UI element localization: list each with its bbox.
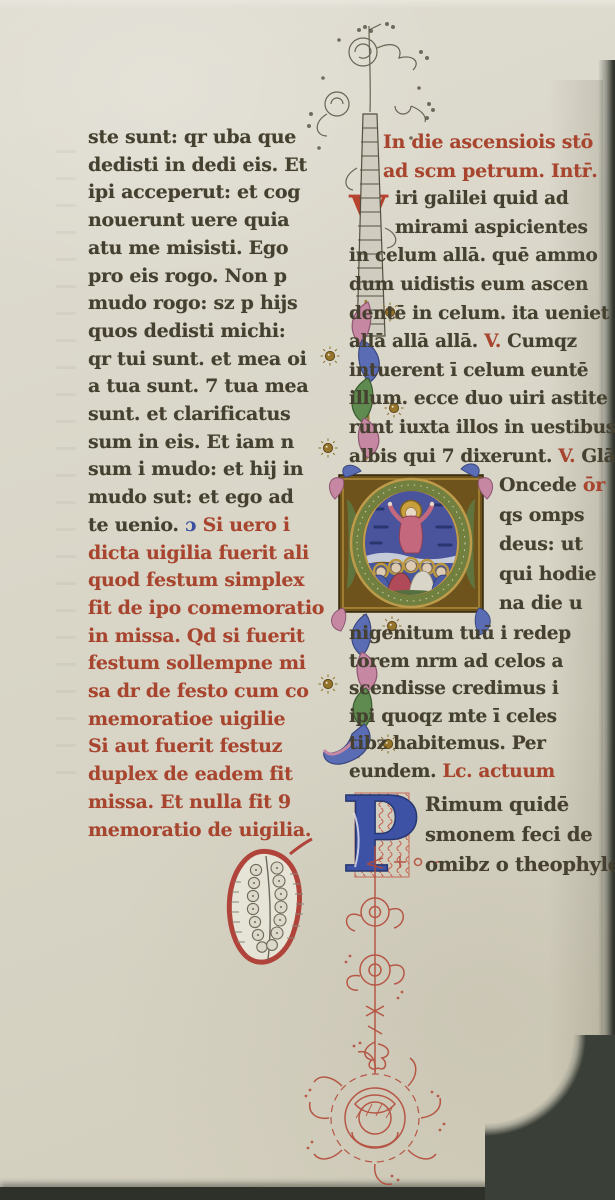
text-line: tibz habitemus. Per bbox=[349, 730, 611, 758]
text-line: dedisti in dedi eis. Et bbox=[88, 152, 338, 180]
text-segment: qr tui sunt. et mea oi bbox=[88, 348, 307, 370]
text-segment: ɔ bbox=[179, 514, 203, 536]
rubric-lines: In die ascensiois stōad scm petrum. Intr… bbox=[349, 128, 611, 185]
text-line: mudo rogo: sz p hijs bbox=[88, 290, 338, 318]
introit-lines: iri galilei quid admirami aspicientes bbox=[395, 185, 588, 242]
text-line: scendisse credimus i bbox=[349, 675, 611, 703]
text-segment: pro eis rogo. Non p bbox=[88, 265, 287, 287]
text-segment: memoratioe uigilie bbox=[88, 708, 285, 730]
text-line: in missa. Qd si fuerit bbox=[88, 623, 338, 651]
text-segment: ipi acceperut: et cog bbox=[88, 181, 300, 203]
text-segment: intuerent ī celum euntē bbox=[349, 360, 588, 381]
text-line: ste sunt: qr uba que bbox=[88, 124, 338, 152]
text-segment: Lc. actuum bbox=[442, 761, 554, 782]
page-top-edge bbox=[0, 0, 615, 9]
text-segment: sum i mudo: et hij in bbox=[88, 458, 303, 480]
text-segment: nouerunt uere quia bbox=[88, 209, 289, 231]
text-segment: qs omps bbox=[499, 504, 584, 526]
red-penwork-flourish-icon bbox=[282, 846, 467, 1186]
text-segment: torem nrm ad celos a bbox=[349, 651, 563, 672]
text-segment: ipi quoqz mte ī celes bbox=[349, 706, 557, 727]
text-segment: na die u bbox=[499, 592, 582, 614]
text-line: Oncede ōr bbox=[499, 471, 605, 501]
margin-specks bbox=[56, 150, 76, 790]
text-line: illum. ecce duo uiri astite bbox=[349, 385, 611, 414]
text-segment: fit de ipo comemoratio bbox=[88, 597, 324, 619]
text-segment: Si aut fuerit festuz bbox=[88, 735, 282, 757]
text-segment: Cumqz bbox=[507, 331, 577, 352]
text-segment: mudo rogo: sz p hijs bbox=[88, 292, 297, 314]
text-segment: sunt. et clarificatus bbox=[88, 403, 290, 425]
text-segment: sum in eis. Et iam n bbox=[88, 431, 294, 453]
lection-lines: Rimum quidēsmonem feci deomibz o theophy… bbox=[421, 785, 615, 885]
text-line: Rimum quidē bbox=[425, 790, 615, 820]
text-segment: mudo sut: et ego ad bbox=[88, 486, 293, 508]
text-line: intuerent ī celum euntē bbox=[349, 357, 611, 386]
text-segment: illum. ecce duo uiri astite bbox=[349, 388, 608, 409]
text-line: albis qui 7 dixerunt. V. Glā bbox=[349, 443, 611, 472]
text-segment: Rimum quidē bbox=[425, 793, 569, 816]
text-line: dentē in celum. ita ueniet bbox=[349, 300, 611, 329]
page-corner-curve bbox=[485, 1035, 615, 1200]
text-line: allā allā allā. V. Cumqz bbox=[349, 328, 611, 357]
text-segment: te uenio. bbox=[88, 514, 179, 536]
text-line: sunt. et clarificatus bbox=[88, 401, 338, 429]
text-segment: nigenitum tuū i redep bbox=[349, 623, 571, 644]
text-segment: Oncede bbox=[499, 474, 583, 496]
text-line: mirami aspicientes bbox=[395, 214, 588, 243]
text-segment: V. bbox=[484, 331, 507, 352]
text-line: in celum allā. quē ammo bbox=[349, 242, 611, 271]
text-segment: dicta uigilia fuerit ali bbox=[88, 542, 309, 564]
text-line: fit de ipo comemoratio bbox=[88, 595, 338, 623]
text-line: atu me misisti. Ego bbox=[88, 235, 338, 263]
text-line: ad scm petrum. Intr̄. bbox=[349, 157, 611, 186]
text-segment: In die ascensiois stō bbox=[383, 131, 593, 153]
text-segment: eundem. bbox=[349, 761, 442, 782]
text-line: quos dedisti michi: bbox=[88, 318, 338, 346]
text-line: In die ascensiois stō bbox=[349, 128, 611, 157]
text-line: te uenio. ɔ Si uero i bbox=[88, 512, 338, 540]
text-line: memoratioe uigilie bbox=[88, 706, 338, 734]
text-segment: memoratio de uigilia. bbox=[88, 819, 311, 841]
text-line: sum in eis. Et iam n bbox=[88, 429, 338, 457]
text-line: memoratio de uigilia. bbox=[88, 817, 338, 845]
text-line: iri galilei quid ad bbox=[395, 185, 588, 214]
text-segment: Glā bbox=[581, 446, 615, 467]
text-line: dum uidistis eum ascen bbox=[349, 271, 611, 300]
text-segment: dedisti in dedi eis. Et bbox=[88, 154, 307, 176]
text-line: a tua sunt. 7 tua mea bbox=[88, 373, 338, 401]
manuscript-page: ste sunt: qr uba quededisti in dedi eis.… bbox=[0, 0, 615, 1188]
text-segment: quos dedisti michi: bbox=[88, 320, 286, 342]
text-segment: atu me misisti. Ego bbox=[88, 237, 288, 259]
text-segment: tibz habitemus. Per bbox=[349, 733, 546, 754]
text-line: runt iuxta illos in uestibus bbox=[349, 414, 611, 443]
text-segment: in missa. Qd si fuerit bbox=[88, 625, 304, 647]
text-line: missa. Et nulla fit 9 bbox=[88, 789, 338, 817]
introit-continuation: in celum allā. quē ammodum uidistis eum … bbox=[349, 242, 611, 471]
text-segment: dum uidistis eum ascen bbox=[349, 274, 588, 295]
text-segment: ste sunt: qr uba que bbox=[88, 126, 296, 148]
text-line: qui hodie bbox=[499, 560, 605, 590]
text-line: sa dr de festo cum co bbox=[88, 678, 338, 706]
text-segment: dentē in celum. ita ueniet bbox=[349, 303, 609, 324]
text-segment: sa dr de festo cum co bbox=[88, 680, 309, 702]
text-line: na die u bbox=[499, 589, 605, 619]
text-segment: smonem feci de bbox=[425, 823, 592, 846]
text-segment: quod festum simplex bbox=[88, 569, 304, 591]
text-segment: ad scm petrum. Intr̄. bbox=[383, 160, 598, 182]
photo-background: ste sunt: qr uba quededisti in dedi eis.… bbox=[0, 0, 615, 1200]
text-line: dicta uigilia fuerit ali bbox=[88, 540, 338, 568]
text-line: sum i mudo: et hij in bbox=[88, 456, 338, 484]
text-segment: V. bbox=[558, 446, 581, 467]
text-line: omibz o theophyle q bbox=[425, 850, 615, 880]
text-segment: missa. Et nulla fit 9 bbox=[88, 791, 291, 813]
text-segment: a tua sunt. 7 tua mea bbox=[88, 375, 308, 397]
text-segment: qui hodie bbox=[499, 563, 596, 585]
text-segment: allā allā allā. bbox=[349, 331, 484, 352]
text-line: quod festum simplex bbox=[88, 567, 338, 595]
text-line: festum sollempne mi bbox=[88, 650, 338, 678]
collect-continuation: nigenitum tuū i redeptorem nrm ad celos … bbox=[349, 620, 611, 785]
collect-lines: Oncede ōrqs ompsdeus: utqui hodiena die … bbox=[487, 471, 605, 617]
text-line: duplex de eadem fit bbox=[88, 761, 338, 789]
text-line: ipi acceperut: et cog bbox=[88, 179, 338, 207]
text-segment: festum sollempne mi bbox=[88, 652, 306, 674]
text-segment: in celum allā. quē ammo bbox=[349, 245, 598, 266]
text-line: nigenitum tuū i redep bbox=[349, 620, 611, 648]
text-line: mudo sut: et ego ad bbox=[88, 484, 338, 512]
text-segment: runt iuxta illos in uestibus bbox=[349, 417, 615, 438]
text-line: torem nrm ad celos a bbox=[349, 648, 611, 676]
text-segment: albis qui 7 dixerunt. bbox=[349, 446, 558, 467]
text-segment: omibz o theophyle q bbox=[425, 853, 615, 876]
text-line: qr tui sunt. et mea oi bbox=[88, 346, 338, 374]
text-segment: mirami aspicientes bbox=[395, 217, 588, 238]
text-line: qs omps bbox=[499, 501, 605, 531]
text-segment: scendisse credimus i bbox=[349, 678, 559, 699]
text-line: pro eis rogo. Non p bbox=[88, 263, 338, 291]
text-segment: duplex de eadem fit bbox=[88, 763, 293, 785]
text-line: eundem. Lc. actuum bbox=[349, 758, 611, 786]
text-line: Si aut fuerit festuz bbox=[88, 733, 338, 761]
text-segment: ōr bbox=[583, 474, 605, 496]
left-text-column: ste sunt: qr uba quededisti in dedi eis.… bbox=[88, 124, 338, 844]
text-segment: deus: ut bbox=[499, 533, 583, 555]
text-segment: iri galilei quid ad bbox=[395, 188, 569, 209]
text-segment: Si uero i bbox=[203, 514, 290, 536]
text-line: nouerunt uere quia bbox=[88, 207, 338, 235]
text-line: ipi quoqz mte ī celes bbox=[349, 703, 611, 731]
text-line: deus: ut bbox=[499, 530, 605, 560]
text-line: smonem feci de bbox=[425, 820, 615, 850]
